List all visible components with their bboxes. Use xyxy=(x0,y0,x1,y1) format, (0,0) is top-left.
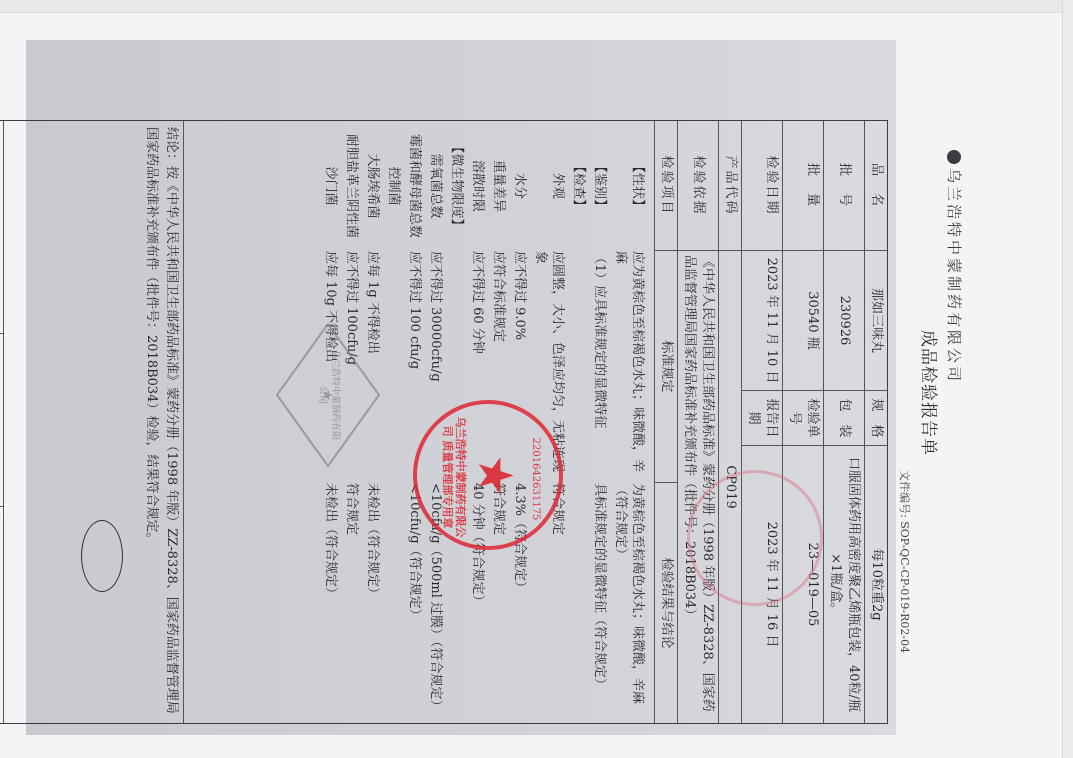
table-header-row: 检验项目 标准规定 检验结果与结论 xyxy=(654,121,677,723)
table-row: 检验日期 2023 年 11 月 10 日 报告日期 2023 年 11 月 1… xyxy=(741,121,782,723)
test-item-result: 为黄棕色至棕褐色水丸；味微酸，辛麻（符合规定） xyxy=(612,483,646,719)
test-item-label: 溶散时限 xyxy=(469,121,486,251)
package-label: 包 装 xyxy=(824,391,864,446)
inspection-date-label: 检验日期 xyxy=(742,121,782,251)
test-item-result: 符合规定 xyxy=(343,483,360,719)
table-row: 批 量 30540 瓶 检验单号 23—019—05 xyxy=(782,121,823,723)
company-logo-icon xyxy=(947,150,961,164)
company-name-text: 乌兰浩特中蒙制药有限公司 xyxy=(945,168,963,384)
red-qc-seal: 2201642631175 ★ 乌兰浩特中蒙制药有限公司 质量管理部专用章 xyxy=(413,400,563,550)
batch-size-label: 批 量 xyxy=(783,121,823,251)
product-name-label: 品 名 xyxy=(865,121,887,251)
inspection-date-value: 2023 年 11 月 10 日 xyxy=(742,251,782,391)
faint-red-seal xyxy=(687,470,823,606)
conclusion: 结论：按《中华人民共和国卫生部药品标准》蒙药分册（1998 年版）ZZ-8328… xyxy=(3,121,183,723)
seal-text: 乌兰浩特中蒙制药有限公司 质量管理部专用章 xyxy=(441,412,467,542)
test-item-label: 【鉴别】 xyxy=(591,121,608,251)
test-item-label: 【性状】 xyxy=(629,121,646,251)
file-number: 文件编号: SOP-QC-CP-019-R02-04 xyxy=(897,470,913,653)
batch-no-value: 230926 xyxy=(824,251,864,391)
test-item-standard: 应为黄棕色至棕褐色水丸；味微酸，辛麻 xyxy=(612,251,646,479)
test-item-label: 沙门菌 xyxy=(322,121,339,251)
batch-no-label: 批 号 xyxy=(824,121,864,251)
test-item-result: 未检出（符合规定） xyxy=(322,483,339,719)
test-item-label: 【微生物限度】 xyxy=(448,121,465,251)
file-number-value: SOP-QC-CP-019-R02-04 xyxy=(898,521,911,653)
test-item-label: 耐胆盐革兰阴性菌 xyxy=(343,121,360,251)
reviewer-cell: 复核人: 刘晓 xyxy=(0,334,3,507)
test-item-label: 需氧菌总数 xyxy=(427,121,444,251)
seal-number: 2201642631175 xyxy=(530,424,541,534)
gray-diamond-seal: ★ 乌兰浩特中蒙制药有限公司 xyxy=(273,320,383,470)
signature-row: 检验人: 赵东红 复核人: 刘晓 负责人: 包金 xyxy=(0,121,3,723)
package-value: 口服固体药用高密度聚乙烯瓶包装，40粒/瓶×1瓶/盒。 xyxy=(824,446,864,723)
product-code-label: 产品代码 xyxy=(719,121,741,251)
signature-scribble xyxy=(81,520,123,592)
basis-label: 检验依据 xyxy=(678,121,718,251)
spec-label: 规 格 xyxy=(865,391,887,446)
test-item-label: 水分 xyxy=(511,121,528,251)
header-result: 检验结果与结论 xyxy=(655,483,677,723)
test-item-result: <10cfu/g（符合规定） xyxy=(406,483,423,719)
test-item-label: 控制菌 xyxy=(385,121,402,251)
product-name-value: 那如三味丸 xyxy=(865,251,887,391)
table-row: 品 名 那如三味丸 规 格 每10粒重2g xyxy=(864,121,887,723)
gray-seal-text: 乌兰浩特中蒙制药有限公司 xyxy=(317,350,343,440)
responsible-cell: 负责人: 包金 xyxy=(0,507,3,723)
table-row: 检验依据 《中华人民共和国卫生部药品标准》蒙药分册（1998 年版）ZZ-832… xyxy=(677,121,718,723)
test-item-label: 外观 xyxy=(549,121,566,251)
test-item-label: 重量差异 xyxy=(490,121,507,251)
test-item-result: 符合规定 xyxy=(549,483,566,719)
document-title: 成品检验报告单 xyxy=(918,330,943,456)
header-item: 检验项目 xyxy=(655,121,677,251)
test-item-label: 【检查】 xyxy=(570,121,587,251)
inspector-cell: 检验人: 赵东红 xyxy=(0,121,3,334)
test-items: 【性状】应为黄棕色至棕褐色水丸；味微酸，辛麻为黄棕色至棕褐色水丸；味微酸，辛麻（… xyxy=(183,121,654,723)
rotated-document: 乌兰浩特中蒙制药有限公司 成品检验报告单 文件编号: SOP-QC-CP-019… xyxy=(0,0,1073,758)
star-icon: ★ xyxy=(471,454,519,497)
report-date-label: 报告日期 xyxy=(742,391,782,446)
table-row: 批 号 230926 包 装 口服固体药用高密度聚乙烯瓶包装，40粒/瓶×1瓶/… xyxy=(823,121,864,723)
test-item-label: 大肠埃希菌 xyxy=(364,121,381,251)
file-number-label: 文件编号: xyxy=(898,470,911,518)
batch-size-value: 30540 瓶 xyxy=(783,251,823,391)
test-item-standard: （1）应具标准规定的显微特征 xyxy=(591,251,608,479)
inspection-no-label: 检验单号 xyxy=(783,391,823,446)
test-item-result: 具标准规定的显微特征（符合规定） xyxy=(591,483,608,719)
table-row: 产品代码 CP019 xyxy=(718,121,741,723)
test-item-label: 霉菌和酵母菌总数 xyxy=(406,121,423,251)
company-name: 乌兰浩特中蒙制药有限公司 xyxy=(944,150,965,384)
spec-value: 每10粒重2g xyxy=(865,446,887,723)
test-item-result: 未检出（符合规定） xyxy=(364,483,381,719)
header-standard: 标准规定 xyxy=(655,251,677,483)
